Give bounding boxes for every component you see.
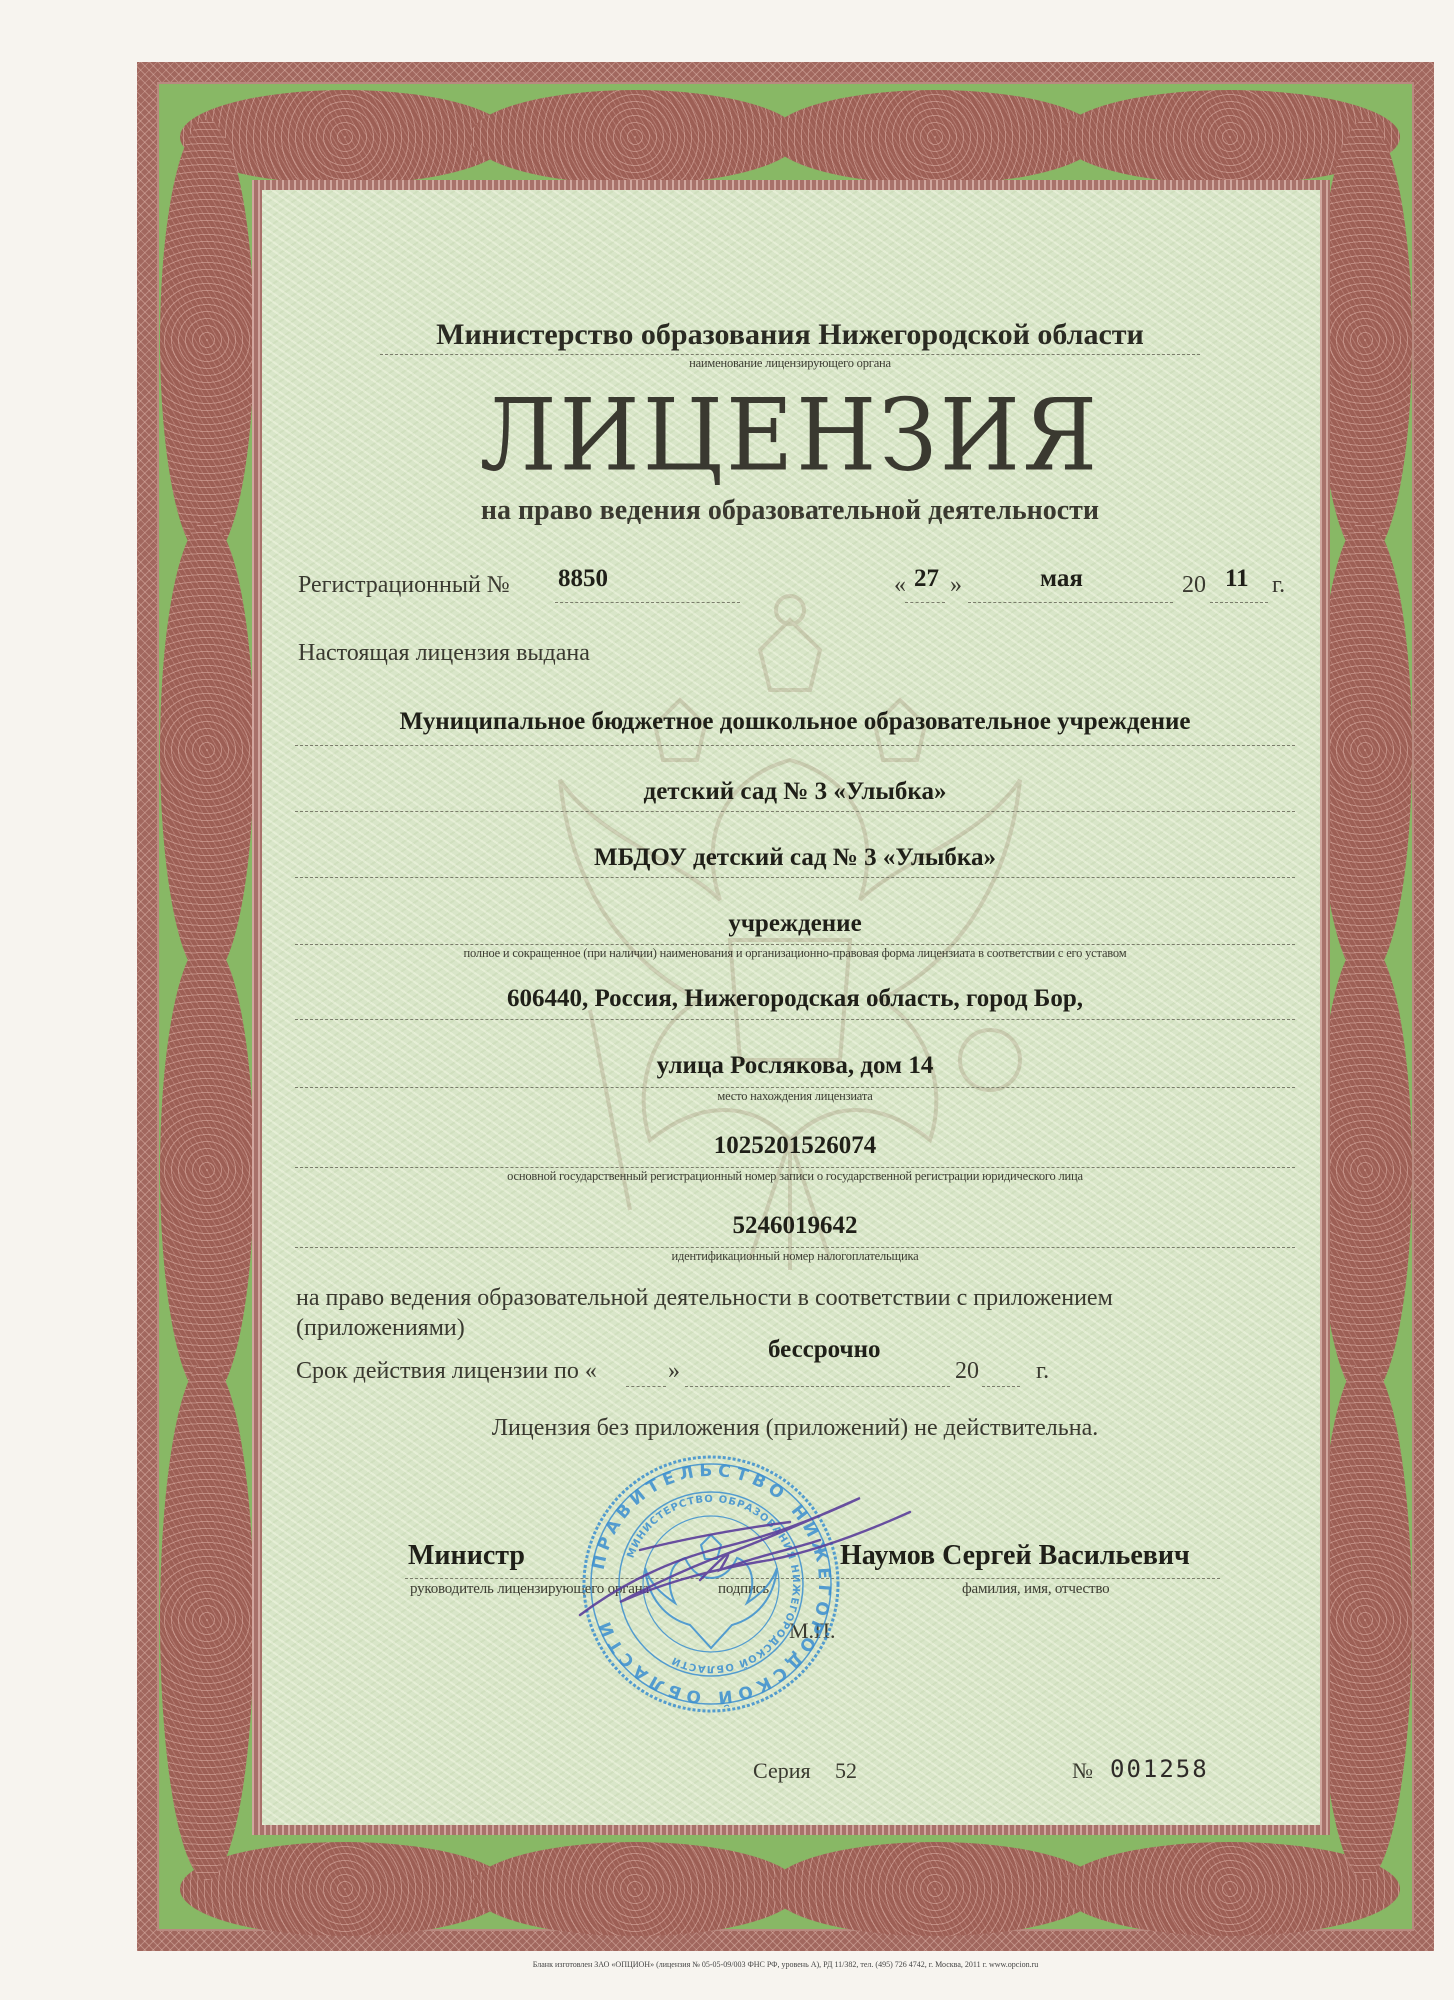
underline [380, 354, 1200, 355]
underline [905, 602, 945, 603]
blank-series-label: Серия [753, 1758, 811, 1784]
underline [982, 1386, 1020, 1387]
border-ornament [160, 1360, 254, 1880]
validity-value: бессрочно [768, 1336, 881, 1364]
date-quote-open: « [894, 572, 906, 599]
border-ornament [1318, 1360, 1412, 1880]
border-ornament [770, 90, 1100, 184]
underline [295, 745, 1295, 746]
annex-notice: Лицензия без приложения (приложений) не … [290, 1415, 1300, 1442]
underline [968, 602, 1173, 603]
registration-year: 11 [1225, 565, 1249, 593]
underline [555, 602, 740, 603]
scope-text-line2: (приложениями) [296, 1315, 465, 1342]
address-caption: место нахождения лицензиата [290, 1089, 1300, 1104]
underline [1210, 602, 1268, 603]
ogrn-caption: основной государственный регистрационный… [290, 1169, 1300, 1184]
year-prefix: 20 [1182, 572, 1206, 599]
authority-caption: наименование лицензирующего органа [300, 356, 1280, 371]
blank-number-label: № [1072, 1758, 1093, 1784]
border-ornament [180, 1842, 510, 1936]
document-subtitle: на право ведения образовательной деятель… [300, 495, 1280, 527]
border-ornament [160, 940, 254, 1400]
underline [295, 1167, 1295, 1168]
border-ornament [1318, 520, 1412, 980]
border-ornament [470, 1842, 800, 1936]
scope-text-line1: на право ведения образовательной деятель… [296, 1285, 1113, 1312]
document-title: ЛИЦЕНЗИЯ [300, 378, 1280, 494]
licensee-address-line2: улица Рослякова, дом 14 [290, 1052, 1300, 1080]
validity-year-prefix: 20 [955, 1358, 979, 1385]
licensee-full-name-line1: Муниципальное бюджетное дошкольное образ… [290, 708, 1300, 736]
validity-label: Срок действия лицензии по « [296, 1358, 597, 1385]
ogrn-value: 1025201526074 [290, 1132, 1300, 1160]
border-ornament [1318, 120, 1412, 560]
licensee-address-line1: 606440, Россия, Нижегородская область, г… [290, 985, 1300, 1013]
underline [295, 1019, 1295, 1020]
registration-number: 8850 [558, 565, 608, 593]
licensee-legal-form: учреждение [290, 910, 1300, 938]
underline [295, 1087, 1295, 1088]
date-quote-close: » [950, 572, 962, 599]
inn-caption: идентификационный номер налогоплательщик… [290, 1249, 1300, 1264]
border-ornament [160, 520, 254, 980]
underline [626, 1386, 666, 1387]
printer-note: Бланк изготовлен ЗАО «ОПЦИОН» (лицензия … [137, 1960, 1434, 1969]
underline [685, 1386, 950, 1387]
blank-serial-number: 001258 [1110, 1755, 1209, 1783]
border-ornament [160, 120, 254, 560]
blank-series-value: 52 [835, 1758, 857, 1784]
signatory-position: Министр [408, 1540, 525, 1572]
underline [295, 944, 1295, 945]
underline [295, 877, 1295, 878]
licensee-short-name: МБДОУ детский сад № 3 «Улыбка» [290, 844, 1300, 872]
validity-quote-close: » [668, 1358, 680, 1385]
signature-icon [560, 1490, 920, 1640]
underline [295, 811, 1295, 812]
underline [295, 1247, 1295, 1248]
border-ornament [770, 1842, 1100, 1936]
border-ornament [1318, 940, 1412, 1400]
licensing-authority-name: Министерство образования Нижегородской о… [300, 318, 1280, 352]
licensee-name-caption: полное и сокращенное (при наличии) наиме… [290, 946, 1300, 961]
registration-day: 27 [914, 565, 939, 593]
registration-label: Регистрационный № [298, 572, 510, 599]
licensee-full-name-line2: детский сад № 3 «Улыбка» [290, 778, 1300, 806]
issued-to-label: Настоящая лицензия выдана [298, 640, 590, 667]
year-unit: г. [1272, 572, 1285, 599]
inn-value: 5246019642 [290, 1212, 1300, 1240]
name-caption: фамилия, имя, отчество [962, 1581, 1109, 1598]
registration-month: мая [1040, 565, 1083, 593]
border-ornament [470, 90, 800, 184]
validity-year-unit: г. [1036, 1358, 1049, 1385]
